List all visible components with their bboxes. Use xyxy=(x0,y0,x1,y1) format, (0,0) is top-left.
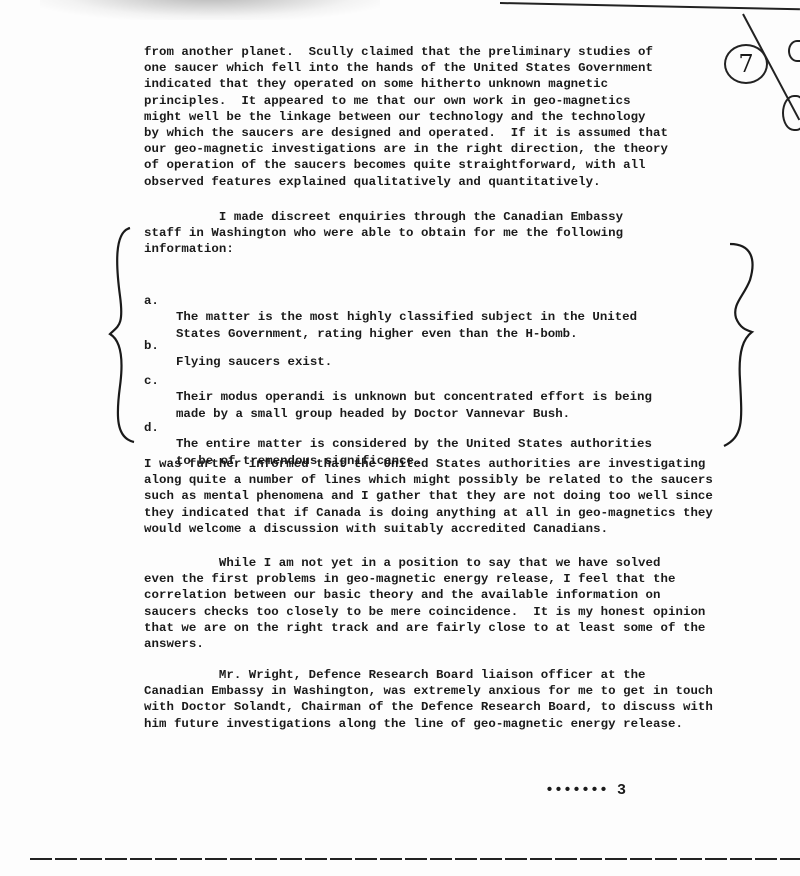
edge-mark xyxy=(782,95,800,131)
page-edge-line xyxy=(500,2,800,10)
paragraph-3: I was further informed that the United S… xyxy=(144,456,713,537)
page-footer-number: ••••••• 3 xyxy=(545,782,626,799)
paragraph-1: from another planet. Scully claimed that… xyxy=(144,44,668,190)
paragraph-2: I made discreet enquiries through the Ca… xyxy=(144,209,623,258)
list-item: a. The matter is the most highly classif… xyxy=(144,277,159,326)
list-item-text: Their modus operandi is unknown but conc… xyxy=(176,389,652,421)
paragraph-5: Mr. Wright, Defence Research Board liais… xyxy=(144,667,713,732)
list-item-label: b. xyxy=(144,338,159,354)
edge-mark xyxy=(788,40,800,62)
paragraph-4: While I am not yet in a position to say … xyxy=(144,555,705,652)
right-brace-mark xyxy=(722,240,762,450)
list-item-text: Flying saucers exist. xyxy=(176,354,332,370)
list-item: c. Their modus operandi is unknown but c… xyxy=(144,357,159,406)
list-item-label: d. xyxy=(144,420,159,436)
scan-shadow xyxy=(40,0,380,20)
list-item-text: The matter is the most highly classified… xyxy=(176,309,637,341)
left-brace-mark xyxy=(108,226,138,446)
page-bottom-edge xyxy=(30,858,800,860)
list-item-label: a. xyxy=(144,293,159,309)
list-item-label: c. xyxy=(144,373,159,389)
list-item: d. The entire matter is considered by th… xyxy=(144,404,159,453)
